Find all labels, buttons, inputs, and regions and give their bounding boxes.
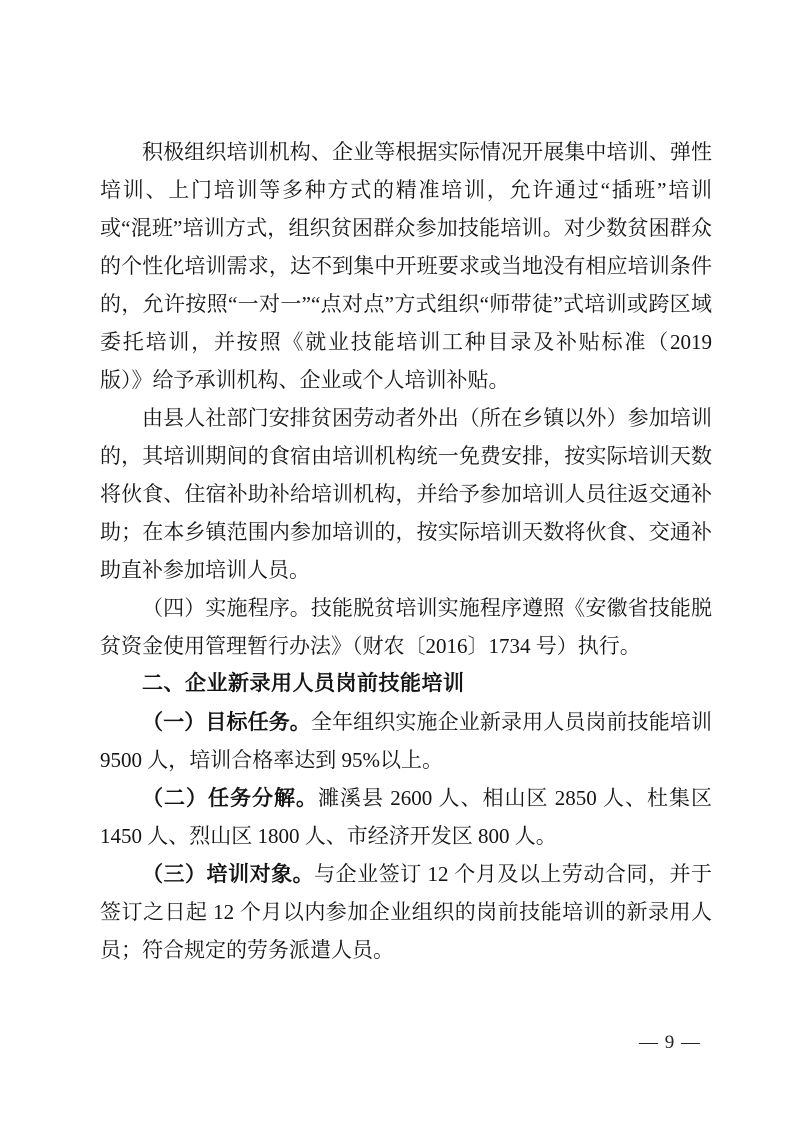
paragraph-target-task: （一）目标任务。全年组织实施企业新录用人员岗前技能培训 9500 人，培训合格率… (100, 703, 712, 779)
document-page: 积极组织培训机构、企业等根据实际情况开展集中培训、弹性培训、上门培训等多种方式的… (0, 0, 793, 1122)
paragraph-training-methods: 积极组织培训机构、企业等根据实际情况开展集中培训、弹性培训、上门培训等多种方式的… (100, 133, 712, 399)
paragraph-label-target-task: （一）目标任务。 (142, 710, 311, 734)
paragraph-task-breakdown: （二）任务分解。濉溪县 2600 人、相山区 2850 人、杜集区 1450 人… (100, 779, 712, 855)
paragraph-subsidy-arrangements: 由县人社部门安排贫困劳动者外出（所在乡镇以外）参加培训的，其培训期间的食宿由培训… (100, 399, 712, 589)
paragraph-label-training-targets: （三）培训对象。 (142, 862, 314, 886)
paragraph-label-task-breakdown: （二）任务分解。 (142, 786, 318, 810)
paragraph-implementation-procedure: （四）实施程序。技能脱贫培训实施程序遵照《安徽省技能脱贫资金使用管理暂行办法》（… (100, 589, 712, 665)
paragraph-training-targets: （三）培训对象。与企业签订 12 个月及以上劳动合同，并于签订之日起 12 个月… (100, 855, 712, 969)
page-number: — 9 — (639, 1031, 701, 1055)
document-body: 积极组织培训机构、企业等根据实际情况开展集中培训、弹性培训、上门培训等多种方式的… (100, 133, 712, 969)
section-heading-pre-job-training: 二、企业新录用人员岗前技能培训 (100, 665, 712, 703)
